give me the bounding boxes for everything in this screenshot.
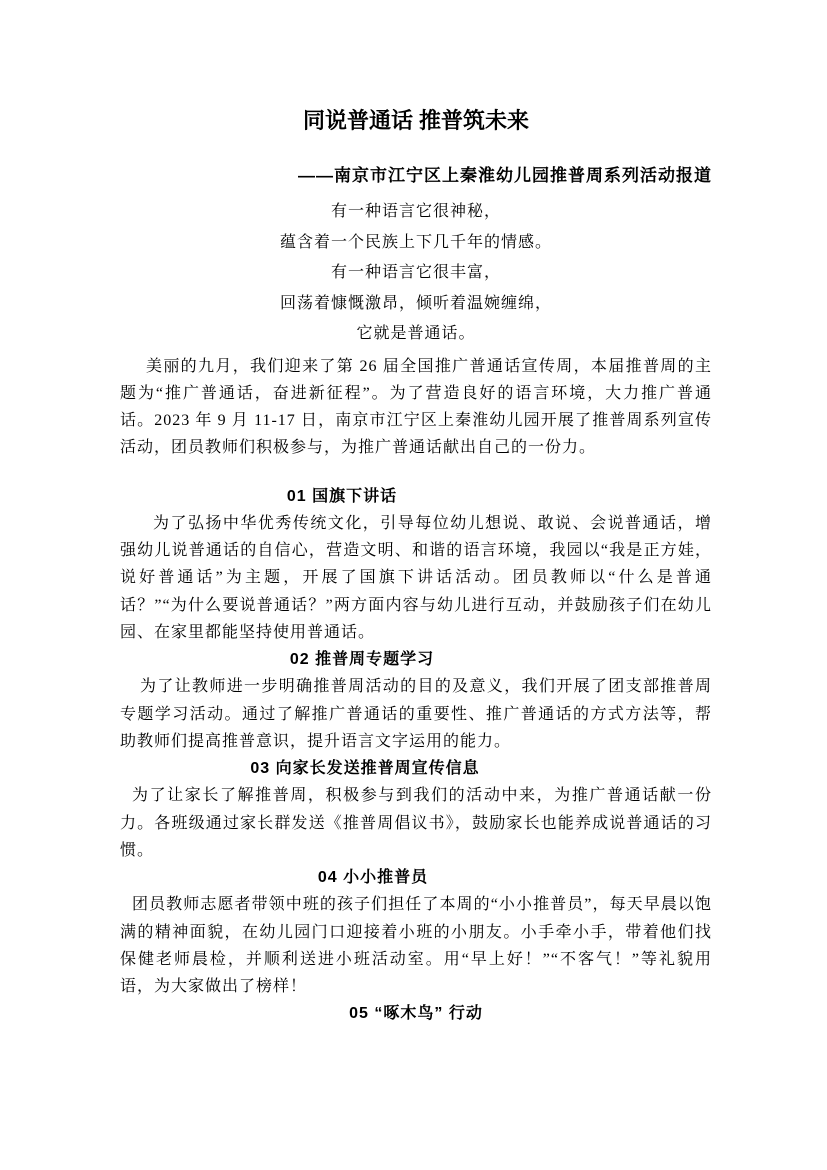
intro-paragraph: 美丽的九月，我们迎来了第 26 届全国推广普通话宣传周，本届推普周的主题为“推广… bbox=[120, 353, 712, 462]
section-body-04: 团员教师志愿者带领中班的孩子们担任了本周的“小小推普员”，每天早晨以饱满的精神面… bbox=[120, 891, 712, 1000]
section-heading-03: 03 向家长发送推普周宣传信息 bbox=[120, 755, 610, 782]
section-body-01: 为了弘扬中华优秀传统文化，引导每位幼儿想说、敢说、会说普通话，增强幼儿说普通话的… bbox=[120, 510, 712, 646]
section-heading-04: 04 小小推普员 bbox=[120, 864, 626, 891]
doc-title: 同说普通话 推普筑未来 bbox=[120, 106, 712, 136]
poem-line: 有一种语言它很丰富， bbox=[120, 258, 712, 289]
document-page: 同说普通话 推普筑未来 ——南京市江宁区上秦淮幼儿园推普周系列活动报道 有一种语… bbox=[0, 0, 827, 1170]
doc-byline: ——南京市江宁区上秦淮幼儿园推普周系列活动报道 bbox=[120, 164, 712, 188]
poem-line: 它就是普通话。 bbox=[120, 319, 712, 350]
poem-block: 有一种语言它很神秘， 蕴含着一个民族上下几千年的情感。 有一种语言它很丰富， 回… bbox=[120, 197, 712, 350]
page-content: 同说普通话 推普筑未来 ——南京市江宁区上秦淮幼儿园推普周系列活动报道 有一种语… bbox=[0, 0, 827, 1028]
poem-line: 蕴含着一个民族上下几千年的情感。 bbox=[120, 228, 712, 259]
section-body-02: 为了让教师进一步明确推普周活动的目的及意义，我们开展了团支部推普周专题学习活动。… bbox=[120, 673, 712, 755]
section-heading-02: 02 推普周专题学习 bbox=[120, 646, 604, 673]
poem-line: 回荡着慷慨激昂，倾听着温婉缠绵， bbox=[120, 289, 712, 320]
section-body-03: 为了让家长了解推普周，积极参与到我们的活动中来，为推广普通话献一份力。各班级通过… bbox=[120, 782, 712, 864]
section-heading-01: 01 国旗下讲话 bbox=[120, 483, 564, 510]
section-heading-05: 05 “啄木鸟” 行动 bbox=[120, 1000, 712, 1027]
poem-line: 有一种语言它很神秘， bbox=[120, 197, 712, 228]
